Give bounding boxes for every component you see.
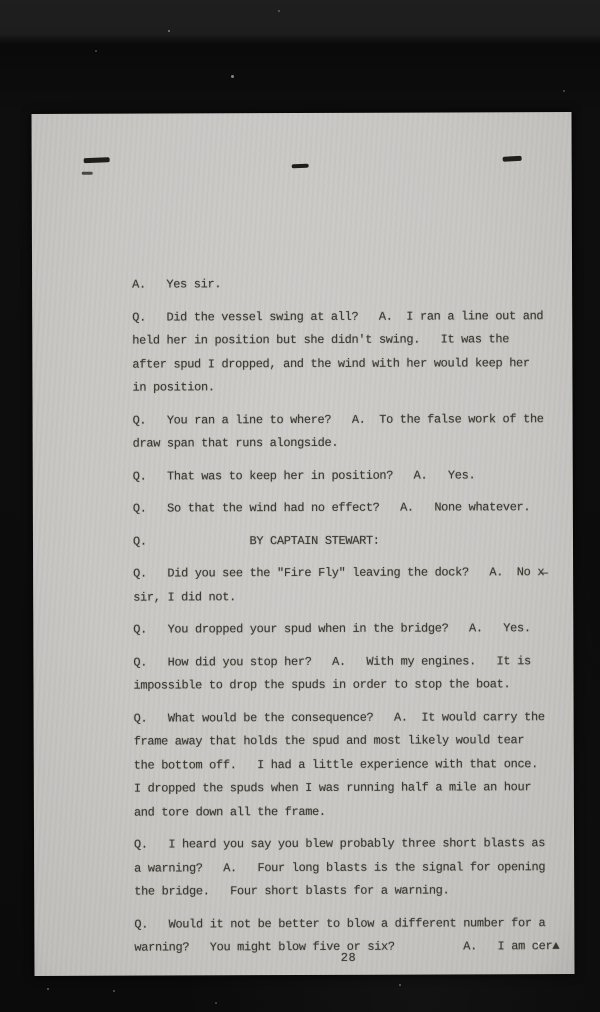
film-speck <box>231 75 234 78</box>
paragraph: Q. I heard you say you blew probably thr… <box>134 832 562 904</box>
ink-dash-left <box>84 157 110 163</box>
text-line: Q. You ran a line to where? A. To the fa… <box>133 408 561 433</box>
film-speck <box>95 50 97 52</box>
text-line: held her in position but she didn't swin… <box>132 328 560 353</box>
text-line: Q. BY CAPTAIN STEWART: <box>133 529 561 554</box>
paragraph: Q. You dropped your spud when in the bri… <box>133 617 561 642</box>
text-line: Q. How did you stop her? A. With my engi… <box>133 650 561 675</box>
text-line: Q. Did the vessel swing at all? A. I ran… <box>132 305 560 330</box>
paragraph: Q. BY CAPTAIN STEWART: <box>133 529 561 554</box>
ink-dash-right <box>503 156 522 162</box>
text-line: draw span that runs alongside. <box>133 431 561 456</box>
film-speck <box>399 984 401 986</box>
text-line: the bottom off. I had a little experienc… <box>134 753 562 778</box>
text-block: A. Yes sir.Q. Did the vessel swing at al… <box>132 272 562 969</box>
text-line: and tore down all the frame. <box>134 800 562 825</box>
ink-dash-left-small <box>82 172 93 175</box>
text-line: frame away that holds the spud and most … <box>134 729 562 754</box>
paragraph: Q. How did you stop her? A. With my engi… <box>133 650 561 698</box>
text-line: Q. Would it not be better to blow a diff… <box>134 912 562 937</box>
paragraph: Q. What would be the consequence? A. It … <box>134 706 562 825</box>
paragraph: Q. You ran a line to where? A. To the fa… <box>133 408 561 456</box>
text-line: Q. So that the wind had no effect? A. No… <box>133 496 561 521</box>
text-line: Q. You dropped your spud when in the bri… <box>133 617 561 642</box>
film-speck <box>563 90 565 92</box>
text-line: the bridge. Four short blasts for a warn… <box>134 879 562 904</box>
text-line: impossible to drop the spuds in order to… <box>133 673 561 698</box>
text-line: in position. <box>132 375 560 400</box>
film-speck <box>47 988 49 990</box>
film-speck <box>278 10 280 12</box>
text-line: Q. I heard you say you blew probably thr… <box>134 832 562 857</box>
text-line: Q. That was to keep her in position? A. … <box>133 464 561 489</box>
text-line: sir, I did not. <box>133 585 561 610</box>
paragraph: Q. Did you see the "Fire Fly" leaving th… <box>133 561 561 609</box>
text-line: after spud I dropped, and the wind with … <box>132 352 560 377</box>
film-speck <box>113 990 115 992</box>
text-line: a warning? A. Four long blasts is the si… <box>134 856 562 881</box>
paragraph: Q. That was to keep her in position? A. … <box>133 464 561 489</box>
scanned-page: A. Yes sir.Q. Did the vessel swing at al… <box>31 112 574 976</box>
text-line: I dropped the spuds when I was running h… <box>134 776 562 801</box>
paragraph: Q. So that the wind had no effect? A. No… <box>133 496 561 521</box>
paragraph: A. Yes sir. <box>132 272 560 297</box>
film-speck <box>168 30 170 32</box>
film-background: A. Yes sir.Q. Did the vessel swing at al… <box>0 0 600 1012</box>
text-line: Q. What would be the consequence? A. It … <box>134 706 562 731</box>
film-speck <box>215 1002 217 1004</box>
text-line: A. Yes sir. <box>132 272 560 297</box>
ink-dash-center <box>292 164 309 169</box>
page-number: 28 <box>134 950 562 965</box>
paragraph: Q. Did the vessel swing at all? A. I ran… <box>132 305 560 400</box>
text-line: Q. Did you see the "Fire Fly" leaving th… <box>133 561 561 586</box>
